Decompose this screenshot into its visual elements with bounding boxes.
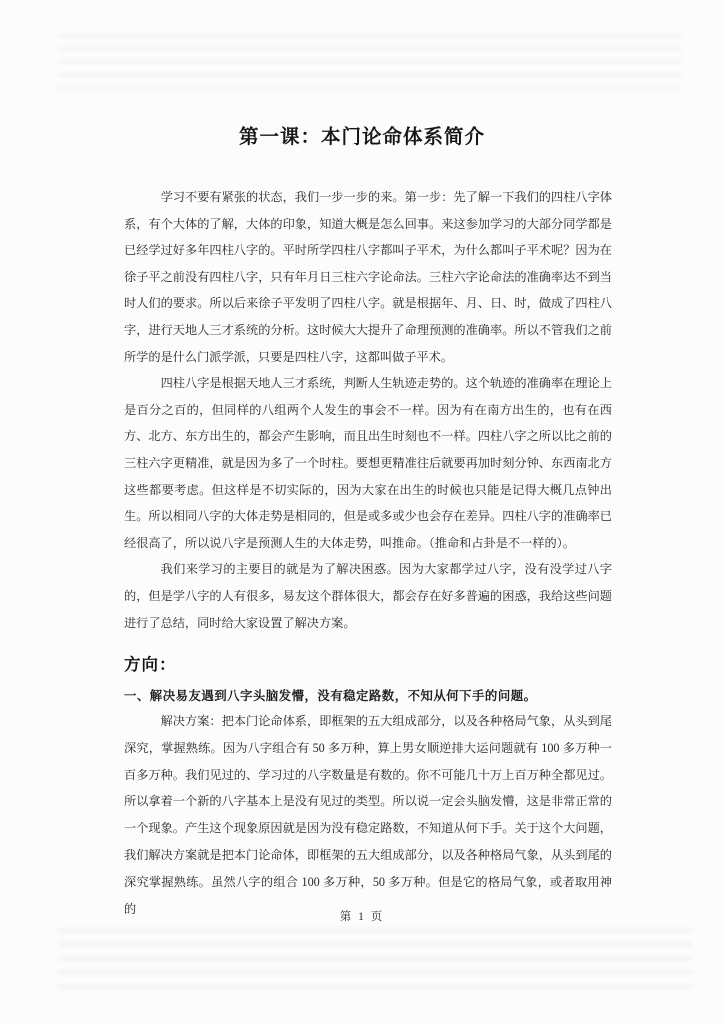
section-heading-direction: 方向：: [124, 651, 177, 675]
body-paragraph: 学习不要有紧张的状态，我们一步一步的来。第一步：先了解一下我们的四柱八字体系，有…: [124, 184, 612, 370]
page-title: 第一课：本门论命体系简介: [0, 121, 724, 149]
problem-item-title: 一、解决易友遇到八字头脑发懵，没有稳定路数，不知从何下手的问题。: [124, 686, 616, 704]
scanned-document-page: 第一课：本门论命体系简介 学习不要有紧张的状态，我们一步一步的来。第一步：先了解…: [0, 0, 724, 1024]
page-number: 第 1 页: [0, 908, 724, 924]
scan-bleedthrough-artifact-top: [58, 34, 682, 96]
document-body: 学习不要有紧张的状态，我们一步一步的来。第一步：先了解一下我们的四柱八字体系，有…: [124, 184, 612, 636]
scan-bleedthrough-artifact-bottom: [58, 928, 692, 998]
body-paragraph: 四柱八字是根据天地人三才系统，判断人生轨迹走势的。这个轨迹的准确率在理论上是百分…: [124, 370, 612, 556]
body-paragraph: 我们来学习的主要目的就是为了解决困惑。因为大家都学过八字，没有没学过八字的，但是…: [124, 556, 612, 636]
solution-paragraph: 解决方案：把本门论命体系，即框架的五大组成部分，以及各种格局气象，从头到尾深究，…: [124, 708, 612, 922]
